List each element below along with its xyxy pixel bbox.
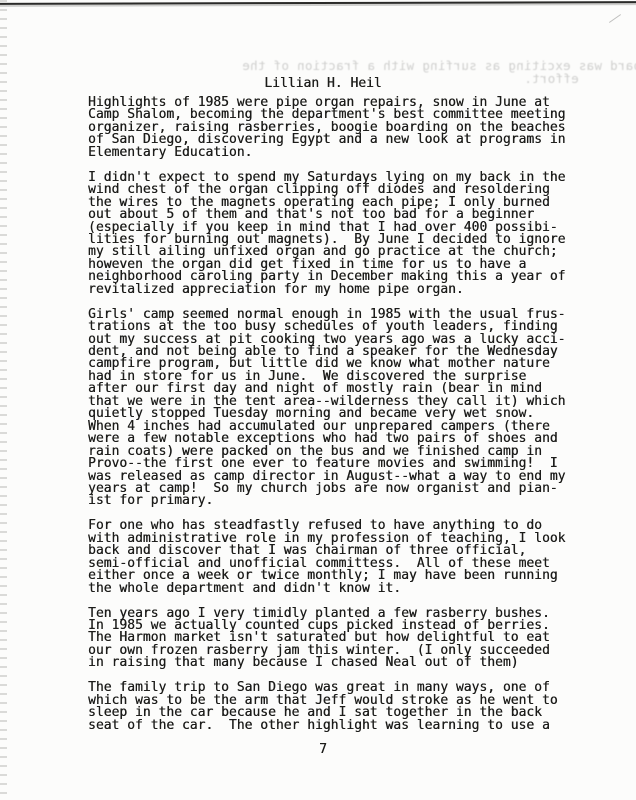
scan-left-edge-perforation	[0, 0, 7, 800]
scanned-document-page: boogie board was exciting as surfing wit…	[0, 0, 636, 800]
scan-corner-scuff	[609, 14, 621, 23]
document-body: Highlights of 1985 were pipe organ repai…	[88, 97, 588, 744]
paragraph: Highlights of 1985 were pipe organ repai…	[88, 97, 588, 159]
paragraph: Girls' camp seemed normal enough in 1985…	[88, 309, 588, 508]
paragraph: The family trip to San Diego was great i…	[88, 682, 588, 732]
paragraph: Ten years ago I very timidly planted a f…	[88, 608, 588, 670]
bleedthrough-text-line: boogie board was exciting as surfing wit…	[242, 58, 636, 73]
paragraph: I didn't expect to spend my Saturdays ly…	[88, 172, 588, 297]
paragraph: For one who has steadfastly refused to h…	[88, 520, 588, 595]
page-title: Lillian H. Heil	[88, 76, 558, 91]
page-number: 7	[88, 742, 558, 757]
scan-top-edge-line	[0, 1, 636, 5]
